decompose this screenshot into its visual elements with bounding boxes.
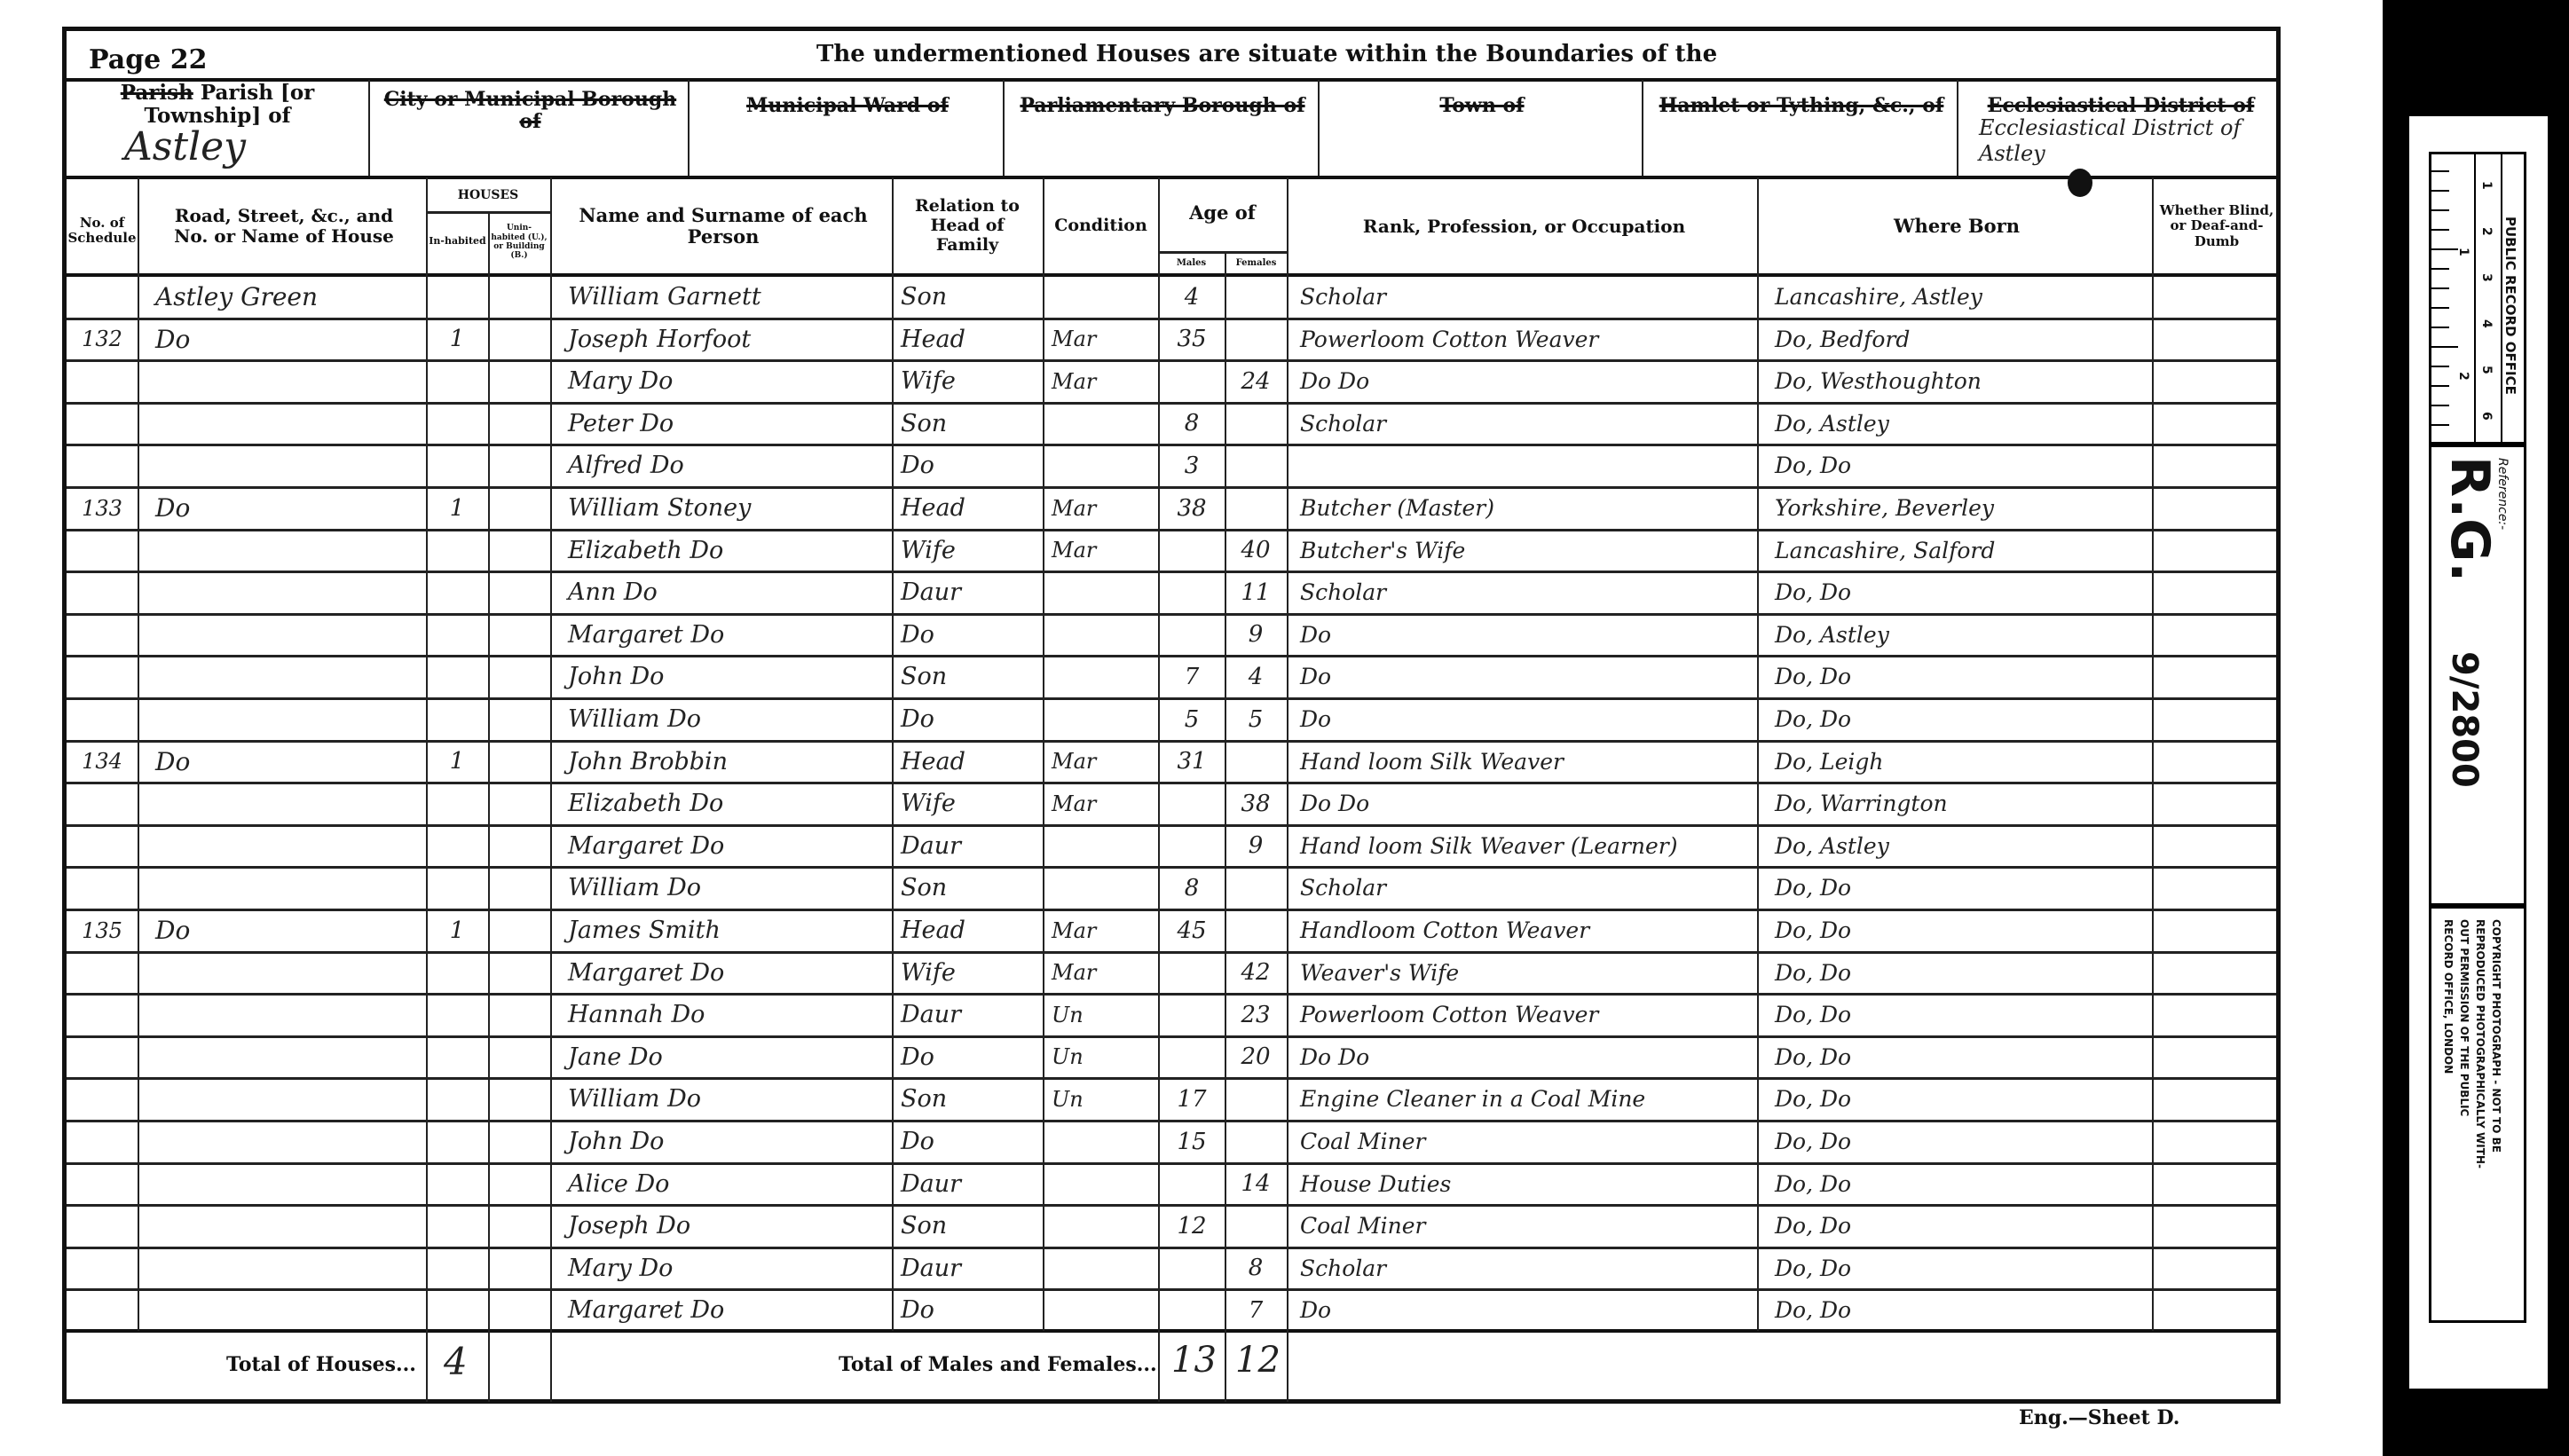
ruler-tick [2431,190,2449,192]
row-name: John Do [568,1121,887,1162]
rule [1043,177,1044,1331]
row-schedule [71,1078,133,1120]
row-relation: Daur [901,994,1038,1035]
row-schedule: 132 [71,319,133,360]
row-relation: Head [901,741,1038,783]
row-schedule [71,276,133,318]
row-inhabited [430,994,484,1035]
row-born: Lancashire, Astley [1775,276,2147,318]
row-occupation: Coal Miner [1300,1121,1753,1162]
col-condition: Condition [1045,209,1156,244]
row-female-age: 4 [1228,656,1283,697]
row-born: Do, Do [1775,656,2147,697]
row-condition [1052,825,1154,867]
row-relation: Wife [901,783,1038,824]
row-condition: Mar [1052,741,1154,783]
row-born: Do, Do [1775,994,2147,1035]
row-male-age [1162,952,1221,994]
row-occupation [1300,445,1753,486]
row-born: Do, Do [1775,867,2147,909]
rule [368,80,370,176]
row-schedule [71,530,133,571]
row-relation: Daur [901,1247,1038,1289]
row-road [155,530,422,571]
row-male-age [1162,994,1221,1035]
row-occupation: Weaver's Wife [1300,952,1753,994]
col-occupation: Rank, Profession, or Occupation [1291,209,1757,244]
row-name: Alice Do [568,1163,887,1205]
page-number: Page 22 [89,44,207,75]
row-female-age: 9 [1228,825,1283,867]
reference-number: 9/2800 [2444,651,2485,788]
reference-box: Reference:- R.G. 9/2800 [2429,445,2526,906]
row-name: Peter Do [568,403,887,445]
row-condition [1052,698,1154,740]
row-female-age [1228,1121,1283,1162]
row-name: James Smith [568,909,887,951]
row-uninhabited [493,530,546,571]
rule [1757,177,1759,1331]
row-schedule: 133 [71,487,133,529]
row-schedule [71,1121,133,1162]
row-name: John Do [568,656,887,697]
total-males: 13 [1171,1340,1217,1381]
row-male-age [1162,1163,1221,1205]
row-condition [1052,1121,1154,1162]
row-occupation: Hand loom Silk Weaver (Learner) [1300,825,1753,867]
row-relation: Do [901,445,1038,486]
row-occupation: Do [1300,698,1753,740]
row-uninhabited [493,1078,546,1120]
row-name: William Garnett [568,276,887,318]
rule [62,176,2281,179]
row-born: Do, Do [1775,1205,2147,1247]
ruler-tick [2431,327,2449,328]
row-road [155,1205,422,1247]
row-relation: Wife [901,952,1038,994]
row-road [155,1289,422,1331]
ruler-tick [2431,307,2449,309]
row-name: Joseph Horfoot [568,319,887,360]
row-road [155,952,422,994]
row-condition [1052,1289,1154,1331]
row-road [155,445,422,486]
row-born: Yorkshire, Beverley [1775,487,2147,529]
rule [62,78,2281,82]
row-uninhabited [493,1036,546,1078]
row-male-age: 38 [1162,487,1221,529]
row-born: Do, Astley [1775,614,2147,656]
row-female-age: 42 [1228,952,1283,994]
row-inhabited [430,1289,484,1331]
row-relation: Do [901,614,1038,656]
row-male-age [1162,614,1221,656]
row-occupation: House Duties [1300,1163,1753,1205]
row-schedule [71,783,133,824]
row-uninhabited [493,445,546,486]
row-condition [1052,867,1154,909]
row-born: Do, Astley [1775,403,2147,445]
row-name: William Do [568,698,887,740]
row-relation: Do [901,1036,1038,1078]
copyright-line: REPRODUCED PHOTOGRAPHICALLY WITH- [2472,919,2488,1169]
row-uninhabited [493,783,546,824]
row-inhabited [430,530,484,571]
row-road: Do [155,487,422,529]
total-houses-inhabited: 4 [444,1340,468,1383]
row-condition: Mar [1052,952,1154,994]
col-blind: Whether Blind, or Deaf-and-Dumb [2155,191,2279,262]
row-male-age [1162,1289,1221,1331]
row-schedule [71,360,133,402]
row-road [155,698,422,740]
row-condition: Un [1052,1078,1154,1120]
row-inhabited [430,276,484,318]
rule [1225,253,1226,1402]
row-relation: Wife [901,530,1038,571]
row-occupation: Coal Miner [1300,1205,1753,1247]
rule [1318,80,1320,176]
row-male-age [1162,571,1221,613]
row-name: Mary Do [568,1247,887,1289]
row-schedule [71,571,133,613]
row-schedule [71,867,133,909]
row-occupation: Do Do [1300,783,1753,824]
row-occupation: Scholar [1300,867,1753,909]
row-road: Do [155,741,422,783]
form-title: The undermentioned Houses are situate wi… [816,41,1717,67]
row-relation: Son [901,1078,1038,1120]
row-occupation: Scholar [1300,571,1753,613]
row-relation: Do [901,1121,1038,1162]
row-schedule [71,1289,133,1331]
row-road [155,867,422,909]
row-born: Do, Warrington [1775,783,2147,824]
row-female-age: 7 [1228,1289,1283,1331]
row-uninhabited [493,909,546,951]
row-born: Do, Astley [1775,825,2147,867]
row-condition [1052,1205,1154,1247]
row-schedule [71,825,133,867]
row-condition [1052,276,1154,318]
col-road: Road, Street, &c., and No. or Name of Ho… [155,186,413,266]
row-inhabited [430,1247,484,1289]
rule [1158,251,1287,254]
row-relation: Son [901,403,1038,445]
row-name: Mary Do [568,360,887,402]
location-town: Town of [1322,89,1642,124]
row-inhabited [430,360,484,402]
row-inhabited [430,952,484,994]
row-uninhabited [493,276,546,318]
row-born: Do, Leigh [1775,741,2147,783]
row-occupation: Butcher's Wife [1300,530,1753,571]
row-schedule: 135 [71,909,133,951]
row-occupation: Powerloom Cotton Weaver [1300,319,1753,360]
row-condition [1052,1247,1154,1289]
ruler-tick [2431,385,2449,387]
row-inhabited [430,403,484,445]
col-age: Age of [1158,195,1287,231]
row-born: Do, Bedford [1775,319,2147,360]
row-road [155,571,422,613]
row-male-age: 3 [1162,445,1221,486]
row-name: Margaret Do [568,614,887,656]
copyright-line: COPYRIGHT PHOTOGRAPH - NOT TO BE [2488,919,2504,1169]
total-persons-label: Total of Males and Females... [839,1353,1157,1376]
row-inhabited: 1 [430,909,484,951]
row-road [155,1078,422,1120]
row-male-age [1162,1247,1221,1289]
col-schedule: No. of Schedule [67,204,138,257]
ruler-cm-labels: 123456 [2474,154,2501,442]
row-inhabited: 1 [430,319,484,360]
row-born: Do, Do [1775,445,2147,486]
row-male-age: 12 [1162,1205,1221,1247]
row-female-age: 14 [1228,1163,1283,1205]
row-inhabited [430,698,484,740]
copyright-box: COPYRIGHT PHOTOGRAPH - NOT TO BEREPRODUC… [2429,906,2526,1323]
row-condition [1052,403,1154,445]
row-name: John Brobbin [568,741,887,783]
row-relation: Wife [901,360,1038,402]
ruler-tick [2431,209,2449,211]
row-road [155,360,422,402]
total-houses-label: Total of Houses... [226,1353,416,1376]
row-uninhabited [493,741,546,783]
row-female-age: 8 [1228,1247,1283,1289]
row-relation: Son [901,656,1038,697]
row-inhabited [430,614,484,656]
row-born: Lancashire, Salford [1775,530,2147,571]
row-condition [1052,1163,1154,1205]
ruler-inch-labels: 12 [2453,154,2474,442]
row-relation: Head [901,909,1038,951]
ruler: 123456 12 PUBLIC RECORD OFFICE [2429,152,2526,445]
row-male-age: 5 [1162,698,1221,740]
row-occupation: Do [1300,1289,1753,1331]
ruler-cm-label: 6 [2479,412,2494,421]
row-female-age [1228,909,1283,951]
location-municipal-ward: Municipal Ward of [692,89,1003,124]
row-relation: Head [901,487,1038,529]
row-name: Margaret Do [568,952,887,994]
row-road: Astley Green [155,276,422,318]
row-schedule: 134 [71,741,133,783]
row-occupation: Powerloom Cotton Weaver [1300,994,1753,1035]
ruler-tick [2431,170,2449,172]
col-females: Females [1225,255,1287,272]
row-female-age [1228,319,1283,360]
location-municipal-borough: City or Municipal Borough of [373,84,688,138]
row-road [155,1163,422,1205]
row-name: Elizabeth Do [568,530,887,571]
row-schedule [71,445,133,486]
row-male-age [1162,825,1221,867]
row-male-age: 45 [1162,909,1221,951]
row-born: Do, Do [1775,1121,2147,1162]
row-uninhabited [493,1205,546,1247]
location-hamlet: Hamlet or Tything, &c., of [1646,89,1957,124]
copyright-line: OUT PERMISSION OF THE PUBLIC [2456,919,2472,1169]
row-schedule [71,698,133,740]
row-condition: Mar [1052,360,1154,402]
copyright-notice: COPYRIGHT PHOTOGRAPH - NOT TO BEREPRODUC… [2440,919,2504,1169]
row-name: Elizabeth Do [568,783,887,824]
col-males: Males [1159,255,1224,272]
ruler-cm-label: 5 [2479,366,2494,374]
row-born: Do, Do [1775,952,2147,994]
ruler-tick [2431,424,2449,426]
row-inhabited [430,1078,484,1120]
row-condition [1052,571,1154,613]
row-inhabited [430,1163,484,1205]
row-female-age [1228,741,1283,783]
ecclesiastical-value: Ecclesiastical District of Astley [1979,115,2281,167]
row-born: Do, Do [1775,1163,2147,1205]
row-schedule [71,1163,133,1205]
row-uninhabited [493,952,546,994]
row-uninhabited [493,571,546,613]
row-female-age [1228,403,1283,445]
row-uninhabited [493,825,546,867]
row-condition: Mar [1052,909,1154,951]
row-road [155,1121,422,1162]
ruler-cm-label: 3 [2479,273,2494,282]
row-inhabited [430,656,484,697]
row-born: Do, Do [1775,571,2147,613]
row-male-age: 31 [1162,741,1221,783]
row-name: Joseph Do [568,1205,887,1247]
rule [2152,177,2154,1331]
row-uninhabited [493,994,546,1035]
row-occupation: Do [1300,614,1753,656]
row-condition: Mar [1052,530,1154,571]
row-condition: Mar [1052,319,1154,360]
row-female-age: 24 [1228,360,1283,402]
row-inhabited [430,1205,484,1247]
row-schedule [71,994,133,1035]
row-schedule [71,1247,133,1289]
row-road [155,1247,422,1289]
row-uninhabited [493,1163,546,1205]
row-born: Do, Do [1775,1289,2147,1331]
row-born: Do, Westhoughton [1775,360,2147,402]
row-male-age: 17 [1162,1078,1221,1120]
row-schedule [71,614,133,656]
row-female-age: 23 [1228,994,1283,1035]
col-where-born: Where Born [1761,209,2152,244]
row-uninhabited [493,614,546,656]
row-relation: Head [901,319,1038,360]
rule [1642,80,1643,176]
row-female-age [1228,1078,1283,1120]
row-male-age: 8 [1162,867,1221,909]
row-relation: Son [901,1205,1038,1247]
row-female-age [1228,445,1283,486]
rule [688,80,690,176]
row-occupation: Scholar [1300,276,1753,318]
row-condition [1052,656,1154,697]
row-relation: Daur [901,571,1038,613]
row-schedule [71,1205,133,1247]
row-road [155,656,422,697]
reference-series: R.G. [2439,456,2501,582]
row-inhabited [430,867,484,909]
row-condition [1052,445,1154,486]
archive-label: 123456 12 PUBLIC RECORD OFFICE Reference… [2407,114,2550,1391]
row-uninhabited [493,698,546,740]
row-name: Jane Do [568,1036,887,1078]
row-uninhabited [493,403,546,445]
row-male-age [1162,1036,1221,1078]
row-road [155,994,422,1035]
col-relation: Relation to Head of Family [896,191,1038,262]
row-road: Do [155,909,422,951]
ruler-tick [2431,366,2449,367]
row-occupation: Engine Cleaner in a Coal Mine [1300,1078,1753,1120]
row-schedule [71,1036,133,1078]
row-relation: Do [901,1289,1038,1331]
row-road: Do [155,319,422,360]
row-schedule [71,403,133,445]
row-male-age [1162,783,1221,824]
row-born: Do, Do [1775,698,2147,740]
row-occupation: Do [1300,656,1753,697]
ruler-cm-label: 4 [2479,319,2494,328]
ruler-inch-label: 1 [2456,248,2470,256]
ruler-tick [2431,405,2449,406]
row-name: William Do [568,867,887,909]
row-born: Do, Do [1775,1036,2147,1078]
row-inhabited [430,1121,484,1162]
row-female-age: 38 [1228,783,1283,824]
row-uninhabited [493,1289,546,1331]
row-born: Do, Do [1775,909,2147,951]
rule [892,177,894,1331]
row-name: William Stoney [568,487,887,529]
row-road [155,783,422,824]
row-relation: Son [901,867,1038,909]
row-male-age: 8 [1162,403,1221,445]
row-uninhabited [493,656,546,697]
parish-value: Astley [124,124,246,169]
row-condition: Un [1052,994,1154,1035]
copyright-line: RECORD OFFICE, LONDON [2440,919,2456,1169]
row-name: William Do [568,1078,887,1120]
row-female-age: 5 [1228,698,1283,740]
row-born: Do, Do [1775,1247,2147,1289]
row-female-age: 20 [1228,1036,1283,1078]
row-female-age [1228,276,1283,318]
row-condition: Mar [1052,487,1154,529]
row-road [155,1036,422,1078]
row-condition: Mar [1052,783,1154,824]
ink-blot [2068,169,2092,197]
row-name: Alfred Do [568,445,887,486]
row-occupation: Handloom Cotton Weaver [1300,909,1753,951]
row-relation: Daur [901,1163,1038,1205]
row-uninhabited [493,487,546,529]
ruler-cm-label: 1 [2479,181,2494,190]
rule [1003,80,1005,176]
row-name: Hannah Do [568,994,887,1035]
row-uninhabited [493,360,546,402]
row-road [155,825,422,867]
row-uninhabited [493,867,546,909]
row-inhabited [430,571,484,613]
row-schedule [71,952,133,994]
